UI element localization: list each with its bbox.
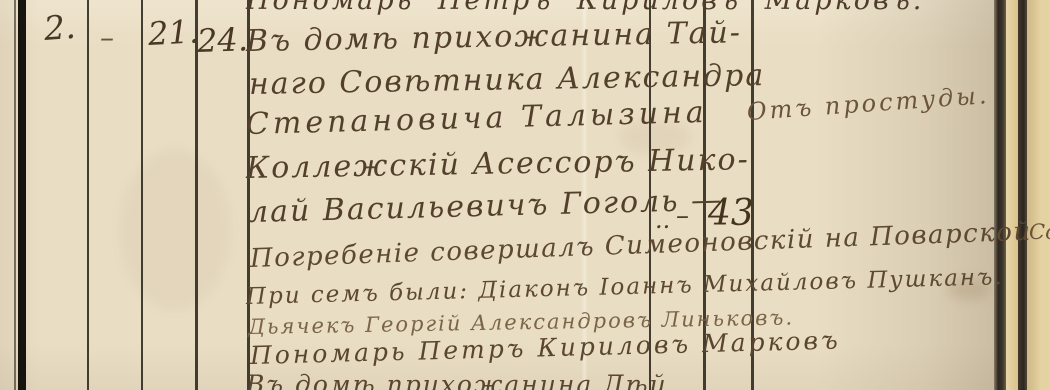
page-gutter-edge — [1018, 0, 1027, 390]
burial-day-cell: 24. — [196, 23, 248, 57]
record-text-line: наго Совѣтника Александра — [249, 61, 766, 100]
cause-of-death: Отъ простуды. — [746, 83, 990, 124]
age-column-dash: – — [676, 203, 689, 229]
page-gutter-shadow — [994, 0, 1006, 390]
dash-cell: – — [100, 24, 114, 52]
column-rule — [18, 0, 26, 390]
column-rule — [141, 0, 143, 390]
entry-number-cell: 2. — [43, 10, 77, 45]
paper-stain — [120, 150, 230, 310]
adjacent-page-text-fragment: Сов — [1029, 222, 1050, 243]
manuscript-page: Сов 2. – 21. 24. Пономарь Петръ Кириловъ… — [0, 0, 1050, 390]
record-text-line: Въ домѣ прихожанина Тай- — [246, 18, 742, 57]
record-text-line: лай Васильевичъ Гоголь — — [249, 186, 724, 228]
page-gutter-highlight — [1006, 0, 1018, 390]
record-text-line: Коллежскій Асессоръ Нико- — [246, 145, 750, 184]
column-rule — [14, 0, 16, 390]
death-day-cell: 21. — [147, 15, 199, 50]
previous-entry-tail-line: Пономарь Петръ Кириловъ Марковъ. — [246, 0, 924, 14]
column-rule — [87, 0, 89, 390]
adjacent-page — [1027, 0, 1050, 390]
age-value: 43 — [708, 196, 754, 232]
record-text-line: При семъ были: Діаконъ Іоаннъ Михайловъ … — [246, 266, 1004, 309]
age-column-dots: .. — [655, 208, 670, 232]
next-entry-partial-line: Въ домѣ прихожанина Дѣй — [246, 372, 668, 390]
